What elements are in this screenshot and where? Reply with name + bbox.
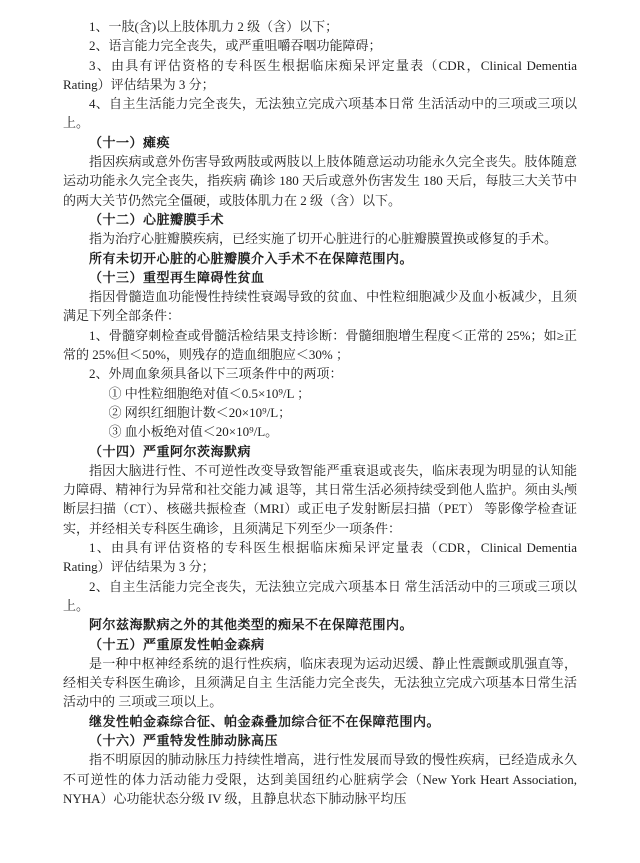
pulmonary-hypertension-definition: 指不明原因的肺动脉压力持续性增高，进行性发展而导致的慢性疾病，已经造成永久不可逆…	[63, 750, 577, 808]
anemia-condition-2: 2、外周血象须具备以下三项条件中的两项：	[63, 364, 577, 383]
anemia-subcondition-platelet: ③ 血小板绝对值＜20×10⁹/L。	[63, 422, 577, 441]
anemia-subcondition-reticulocyte: ② 网织红细胞计数＜20×10⁹/L；	[63, 403, 577, 422]
anemia-condition-1: 1、骨髓穿刺检查或骨髓活检结果支持诊断：骨髓细胞增生程度＜正常的 25%；如≥正…	[63, 326, 577, 365]
parkinson-exclusion-note: 继发性帕金森综合征、帕金森叠加综合征不在保障范围内。	[63, 712, 577, 731]
section-heading-14-alzheimer: （十四）严重阿尔茨海默病	[63, 442, 577, 461]
alzheimer-condition-1: 1、由具有评估资格的专科医生根据临床痴呆评定量表（CDR，Clinical De…	[63, 538, 577, 577]
anemia-subcondition-neutrophil: ① 中性粒细胞绝对值＜0.5×10⁹/L ；	[63, 384, 577, 403]
section-heading-12-heart-valve-surgery: （十二）心脏瓣膜手术	[63, 210, 577, 229]
alzheimer-exclusion-note: 阿尔兹海默病之外的其他类型的痴呆不在保障范围内。	[63, 615, 577, 634]
section-heading-13-aplastic-anemia: （十三）重型再生障碍性贫血	[63, 268, 577, 287]
clause-limb-strength-item: 1、一肢(含)以上肢体肌力 2 级（含）以下；	[63, 17, 577, 36]
alzheimer-condition-2: 2、自主生活能力完全丧失，无法独立完成六项基本日 常生活活动中的三项或三项以上。	[63, 577, 577, 616]
clause-cdr-rating-item: 3、由具有评估资格的专科医生根据临床痴呆评定量表（CDR，Clinical De…	[63, 56, 577, 95]
aplastic-anemia-definition: 指因骨髓造血功能慢性持续性衰竭导致的贫血、中性粒细胞减少及血小板减少，且须满足下…	[63, 287, 577, 326]
heart-valve-surgery-definition: 指为治疗心脏瓣膜疾病，已经实施了切开心脏进行的心脏瓣膜置换或修复的手术。	[63, 229, 577, 248]
clause-language-loss-item: 2、语言能力完全丧失，或严重咀嚼吞咽功能障碍；	[63, 36, 577, 55]
policy-document-page: 1、一肢(含)以上肢体肌力 2 级（含）以下； 2、语言能力完全丧失，或严重咀嚼…	[0, 0, 640, 863]
section-heading-15-parkinson: （十五）严重原发性帕金森病	[63, 635, 577, 654]
section-heading-16-pulmonary-hypertension: （十六）严重特发性肺动脉高压	[63, 731, 577, 750]
heart-valve-exclusion-note: 所有未切开心脏的心脏瓣膜介入手术不在保障范围内。	[63, 249, 577, 268]
section-heading-11-paralysis: （十一）瘫痪	[63, 133, 577, 152]
clause-adl-loss-item: 4、自主生活能力完全丧失，无法独立完成六项基本日常 生活活动中的三项或三项以上。	[63, 94, 577, 133]
parkinson-definition: 是一种中枢神经系统的退行性疾病，临床表现为运动迟缓、静止性震颤或肌强直等，经相关…	[63, 654, 577, 712]
alzheimer-definition: 指因大脑进行性、不可逆性改变导致智能严重衰退或丧失，临床表现为明显的认知能力障碍…	[63, 461, 577, 538]
paralysis-definition: 指因疾病或意外伤害导致两肢或两肢以上肢体随意运动功能永久完全丧失。肢体随意运动功…	[63, 152, 577, 210]
